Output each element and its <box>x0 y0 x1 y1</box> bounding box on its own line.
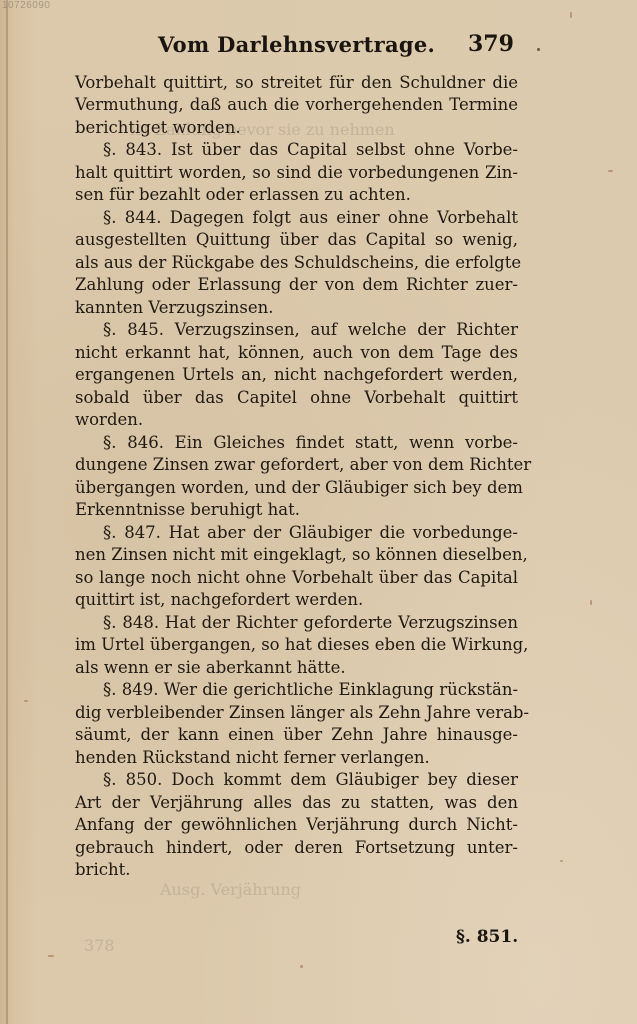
page-number: 379 <box>468 31 514 57</box>
text-line: §. 850. Doch kommt dem Gläubiger bey die… <box>103 769 518 791</box>
paper-speck <box>590 600 592 605</box>
text-line: so lange noch nicht ohne Vorbehalt über … <box>75 567 518 589</box>
text-line: §. 845. Verzugszinsen, auf welche der Ri… <box>103 319 518 341</box>
text-line: quittirt ist, nachgefordert werden. <box>75 589 518 611</box>
text-line: Erkenntnisse beruhigt hat. <box>75 499 518 521</box>
text-line: §. 844. Dagegen folgt aus einer ohne Vor… <box>103 207 518 229</box>
text-line: dungene Zinsen zwar gefordert, aber von … <box>75 454 518 476</box>
text-line: im Urtel übergangen, so hat dieses eben … <box>75 634 518 656</box>
paper-speck <box>608 170 613 172</box>
text-line: §. 847. Hat aber der Gläubiger die vorbe… <box>103 522 518 544</box>
text-line: §. 846. Ein Gleiches findet statt, wenn … <box>103 432 518 454</box>
text-line: berichtiget worden. <box>75 117 518 139</box>
text-line: gebrauch hindert, oder deren Fortsetzung… <box>75 837 518 859</box>
paper-speck <box>537 48 540 51</box>
paper-speck <box>570 12 572 18</box>
paper-speck <box>24 700 28 702</box>
text-line: übergangen worden, und der Gläubiger sic… <box>75 477 518 499</box>
catchword: §. 851. <box>456 927 518 947</box>
paper-speck <box>560 860 563 862</box>
paper-speck <box>48 955 54 957</box>
show-through-text: Ausg. Verjährung <box>160 880 301 899</box>
text-line: §. 849. Wer die gerichtliche Einklagung … <box>103 679 518 701</box>
text-line: sobald über das Capitel ohne Vorbehalt q… <box>75 387 518 409</box>
scanned-book-page: 10726090 Vom Darlehnsvertrage. 379 ist Z… <box>0 0 637 1024</box>
paper-speck <box>300 965 303 968</box>
text-line: säumt, der kann einen über Zehn Jahre hi… <box>75 724 518 746</box>
text-line: Anfang der gewöhnlichen Verjährung durch… <box>75 814 518 836</box>
text-line: Vorbehalt quittirt, so streitet für den … <box>75 72 518 94</box>
text-line: kannten Verzugszinsen. <box>75 297 518 319</box>
text-line: §. 848. Hat der Richter geforderte Verzu… <box>103 612 518 634</box>
text-line: worden. <box>75 409 518 431</box>
text-line: ausgestellten Quittung über das Capital … <box>75 229 518 251</box>
running-title: Vom Darlehnsvertrage. <box>158 32 435 57</box>
text-line: dig verbleibender Zinsen länger als Zehn… <box>75 702 518 724</box>
text-line: henden Rückstand nicht ferner verlangen. <box>75 747 518 769</box>
text-line: als aus der Rückgabe des Schuldscheins, … <box>75 252 518 274</box>
text-line: als wenn er sie aberkannt hätte. <box>75 657 518 679</box>
text-line: Art der Verjährung alles das zu statten,… <box>75 792 518 814</box>
text-line: nicht erkannt hat, können, auch von dem … <box>75 342 518 364</box>
text-line: §. 843. Ist über das Capital selbst ohne… <box>103 139 518 161</box>
show-through-page-number: 378 <box>84 936 115 955</box>
text-line: sen für bezahlt oder erlassen zu achten. <box>75 184 518 206</box>
text-line: nen Zinsen nicht mit eingeklagt, so könn… <box>75 544 518 566</box>
text-line: Zahlung oder Erlassung der von dem Richt… <box>75 274 518 296</box>
page-gutter-edge <box>6 0 8 1024</box>
text-line: Vermuthung, daß auch die vorhergehenden … <box>75 94 518 116</box>
text-line: bricht. <box>75 859 518 881</box>
text-line: halt quittirt worden, so sind die vorbed… <box>75 162 518 184</box>
scan-id-stamp: 10726090 <box>2 0 51 11</box>
text-line: ergangenen Urtels an, nicht nachgeforder… <box>75 364 518 386</box>
